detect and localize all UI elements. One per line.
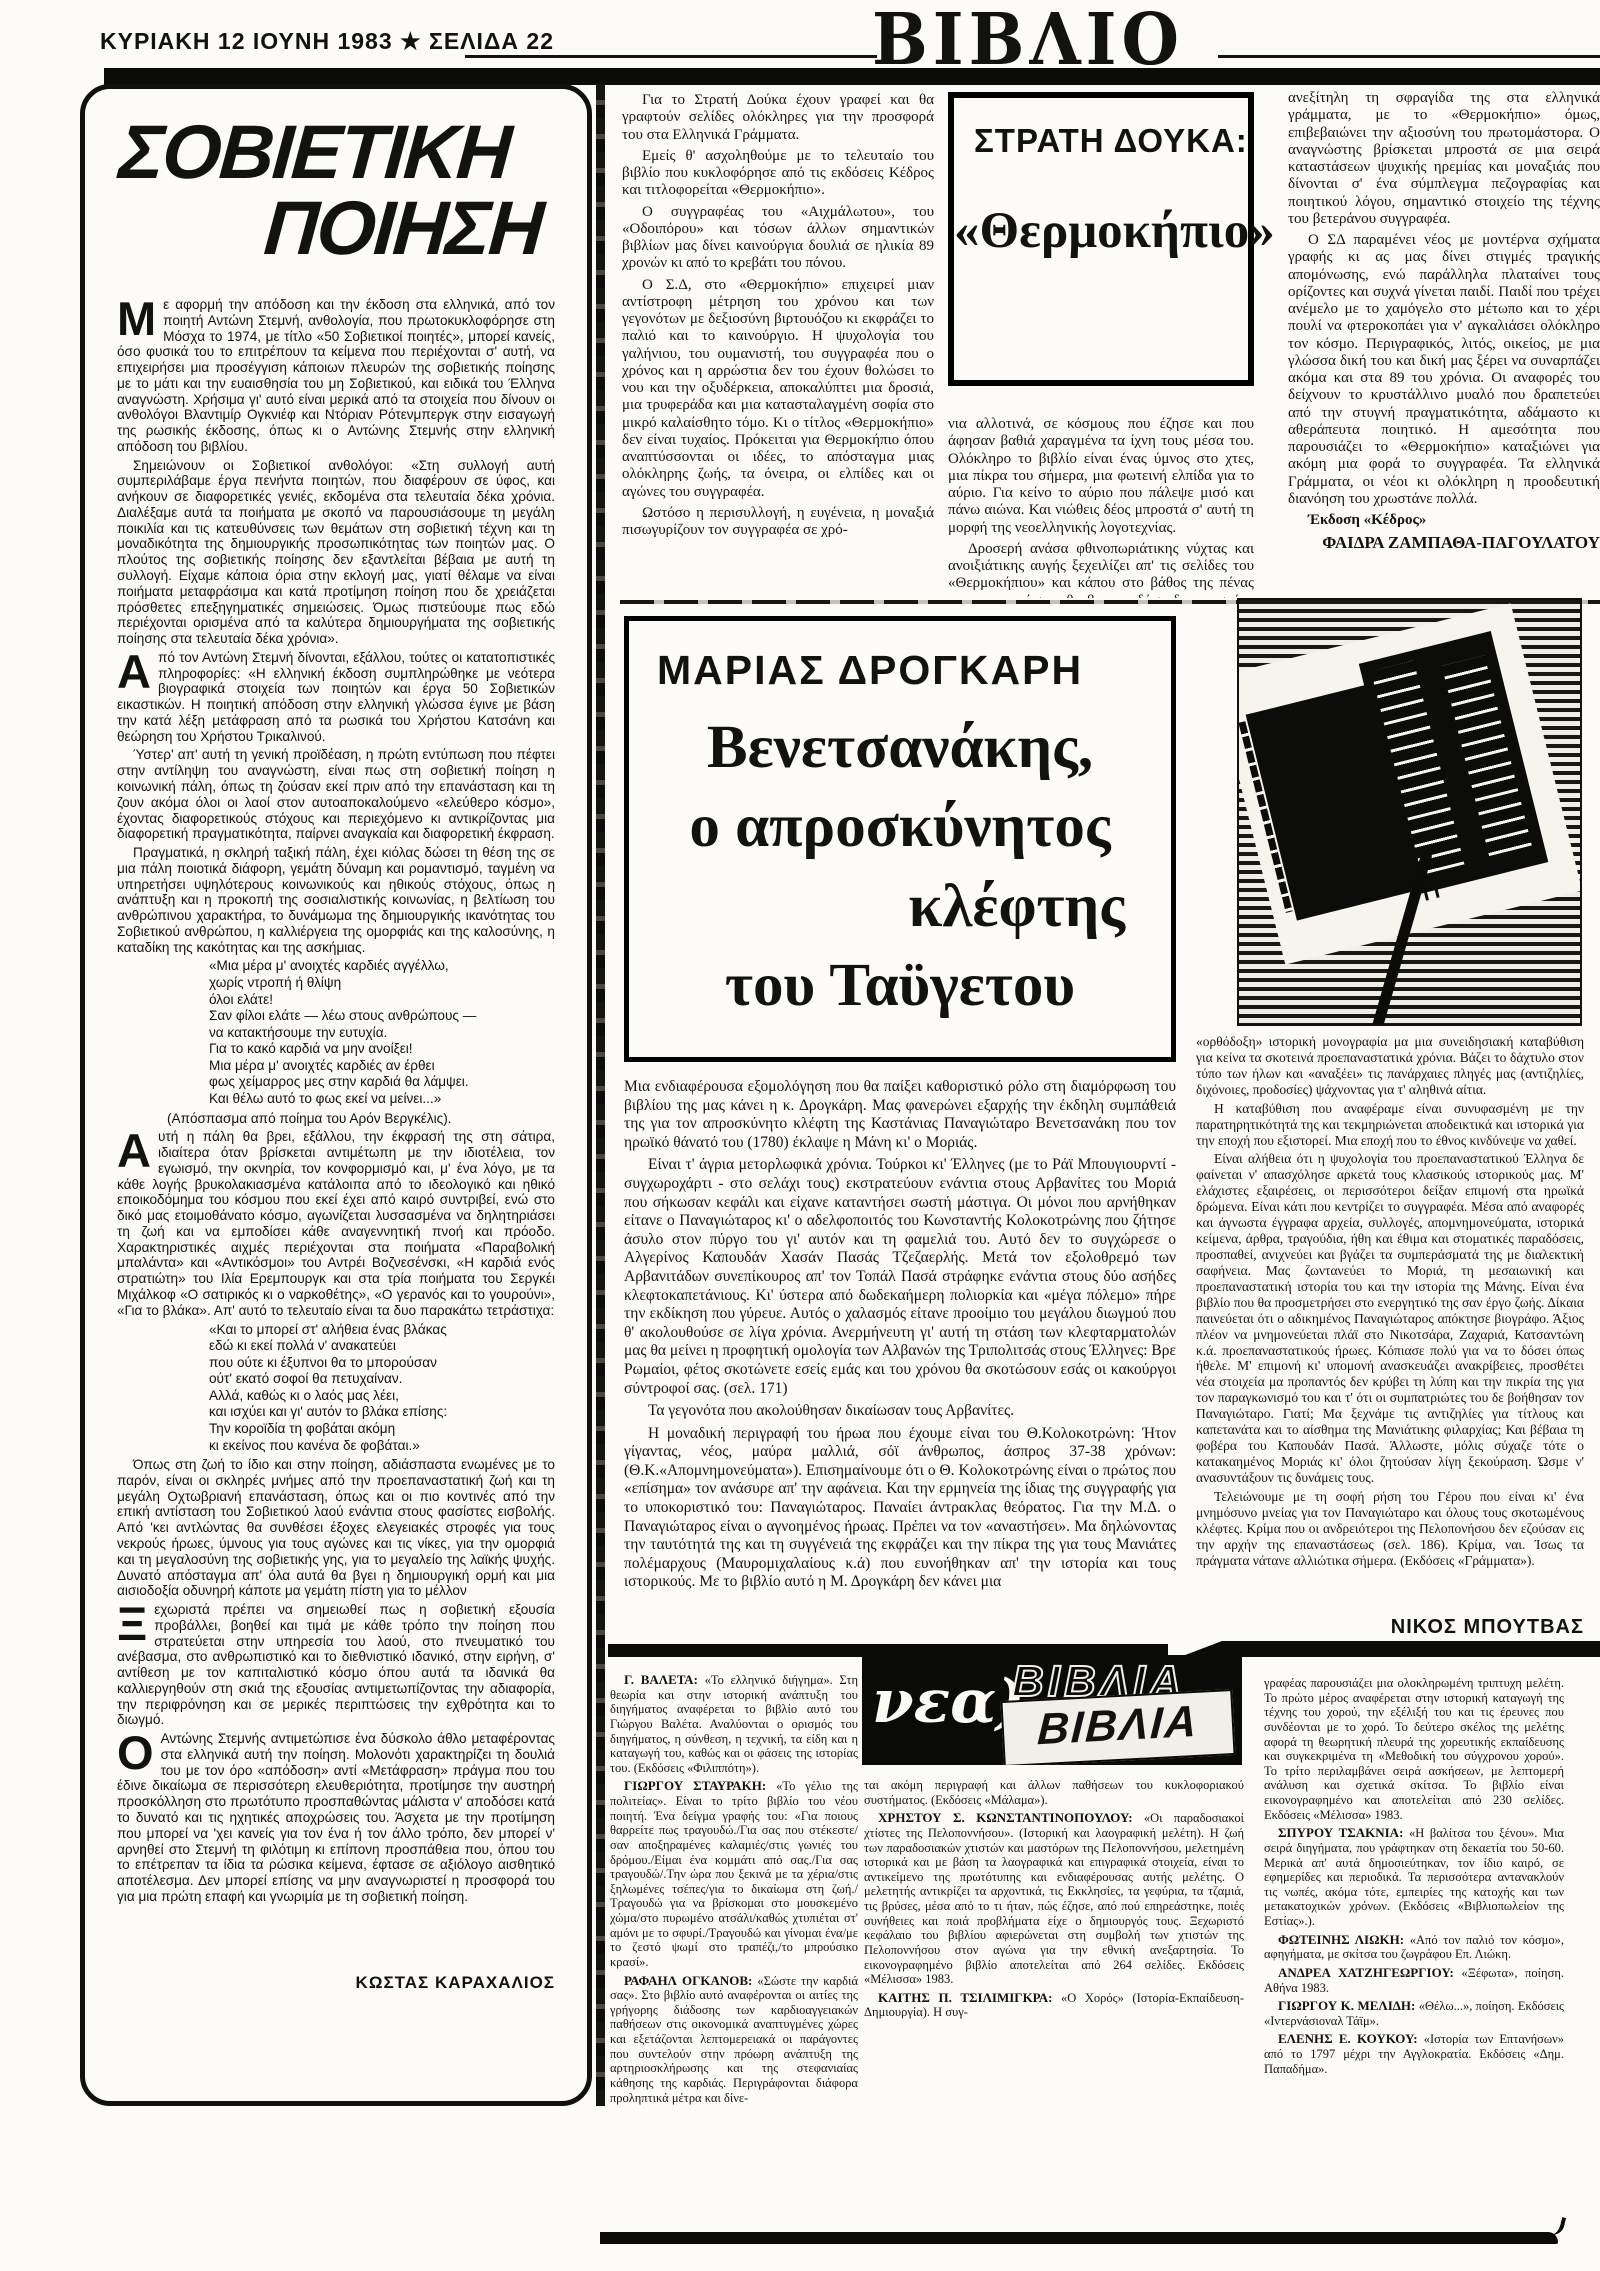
paragraph: Αυτή η πάλη θα βρει, εξάλλου, την έκφρασ… (117, 1129, 555, 1318)
paragraph-text: εχωριστά πρέπει να σημειωθεί πως η σοβιε… (117, 1602, 555, 1727)
paragraph: Με αφορμή την απόδοση και την έκδοση στα… (117, 297, 555, 455)
poem-credit: (Απόσπασμα από ποίημα του Αρόν Βεργκέλις… (117, 1111, 555, 1127)
headline-title: Βενετσανάκης, ο απροσκύνητος κλέφτης του… (629, 708, 1171, 1025)
dropcap: Μ (117, 297, 163, 337)
headline-title: «Θερμοκήπιο» (954, 202, 1248, 260)
headline-kicker: ΜΑΡΙΑΣ ΔΡΟΓΚΑΡΗ (657, 647, 1171, 694)
douka-headline-box: ΣΤΡΑΤΗ ΔΟΥΚΑ: «Θερμοκήπιο» (948, 92, 1254, 386)
bottom-black-rule (600, 2232, 1558, 2244)
book-entry-continuation: ται ακόμη περιγραφή και άλλων παθήσεων τ… (864, 1778, 1244, 1807)
douka-column-3: ανεξίτηλη τη σφραγίδα της στα ελληνικά γ… (1288, 90, 1600, 598)
book-entry: ΓΙΩΡΓΟΥ Κ. ΜΕΛΙΔΗ: «Θέλω...», ποίηση. Εκ… (1264, 1998, 1564, 2028)
vertical-divider (596, 84, 605, 2106)
book-entry: Γ. ΒΑΛΕΤΑ: «Το ελληνικό διήγημα». Στη θε… (610, 1672, 858, 1775)
title-line-4: του Ταϋγετου (629, 946, 1171, 1025)
author-byline: ΦΑΙΔΡΑ ΖΑΜΠΑΘΑ-ΠΑΓΟΥΛΑΤΟΥ (1288, 533, 1600, 553)
paragraph: Δροσερή ανάσα φθινοπωριάτικης νύχτας και… (948, 541, 1254, 598)
logo-plate: ΒΙΒΛΙΑ (1000, 1689, 1235, 1765)
dropcap: Ξ (117, 1602, 154, 1642)
book-author: ΚΑΙΤΗΣ Π. ΤΣΙΛΙΜΙΓΚΡΑ: (878, 1990, 1052, 2005)
author-byline: ΝΙΚΟΣ ΜΠΟΥΤΒΑΣ (1196, 1616, 1584, 1639)
book-entry-text: «Σώστε την καρδιά σας». Στο βιβλίο αυτό … (610, 1974, 858, 2105)
paragraph: Τα γεγονότα που ακολούθησαν δικαίωσαν το… (624, 1402, 1176, 1421)
new-books-column-b: ται ακόμη περιγραφή και άλλων παθήσεων τ… (864, 1778, 1244, 2230)
top-black-bar (104, 68, 1600, 85)
book-entry: ΦΩΤΕΙΝΗΣ ΛΙΩΚΗ: «Από τον παλιό τον κόσμο… (1264, 1932, 1564, 1962)
book-author: ΓΙΩΡΓΟΥ ΣΤΑΥΡΑΚΗ: (624, 1778, 766, 1793)
paragraph: Η μοναδική περιγραφή του ήρωα που έχουμε… (624, 1425, 1176, 1592)
book-photo-illustration (1237, 598, 1582, 1026)
column-text: «ορθόδοξη» ιστορική μονογραφία μα μια συ… (1196, 1034, 1584, 1608)
book-author: ΑΝΔΡΕΑ ΧΑΤΖΗΓΕΩΡΓΙΟΥ: (1278, 1965, 1454, 1980)
book-author: ΕΛΕΝΗΣ Ε. ΚΟΥΚΟΥ: (1278, 2031, 1418, 2046)
paragraph: νια αλλοτινά, σε κόσμους που έζησε και π… (948, 416, 1254, 537)
author-byline: ΚΩΣΤΑΣ ΚΑΡΑΧΑΛΙΟΣ (117, 1973, 555, 1993)
paragraph: Τελειώνουμε με τη σοφή ρήση του Γέρου πο… (1196, 1489, 1584, 1569)
new-books-column-a: Γ. ΒΑΛΕΤΑ: «Το ελληνικό διήγημα». Στη θε… (610, 1672, 858, 2230)
article-title: ΣΟΒΙΕΤΙΚΗ ΠΟΙΗΣΗ (112, 115, 561, 267)
paragraph: Για το Στρατή Δούκα έχουν γραφεί και θα … (622, 92, 934, 144)
paragraph: ΟΑντώνης Στεμνής αντιμετώπισε ένα δύσκολ… (117, 1731, 555, 1904)
poem-quote: «Και το μπορεί στ' αλήθεια ένας βλάκας ε… (209, 1322, 555, 1455)
paragraph: Ύστερ' απ' αυτή τη γενική προϊδέαση, η π… (117, 747, 555, 842)
book-author: ΦΩΤΕΙΝΗΣ ΛΙΩΚΗ: (1278, 1932, 1404, 1947)
paragraph: Είναι αλήθεια ότι η ψυχολογία του προεπα… (1196, 1151, 1584, 1485)
douka-column-1: Για το Στρατή Δούκα έχουν γραφεί και θα … (622, 92, 934, 592)
paragraph-text: ε αφορμή την απόδοση και την έκδοση στα … (117, 297, 555, 454)
title-line-2: ΠΟΙΗΣΗ (262, 191, 555, 267)
paragraph: Είναι τ' άγρια μετορλωφικά χρόνια. Τούρκ… (624, 1156, 1176, 1398)
book-entry: ΡΑΦΑΗΛ ΟΓΚΑΝΟΒ: «Σώστε την καρδιά σας». … (610, 1973, 858, 2106)
paragraph-text: Αντώνης Στεμνής αντιμετώπισε ένα δύσκολο… (117, 1731, 555, 1904)
paragraph: Η καταβύθιση που αναφέραμε είναι συνυφασ… (1196, 1101, 1584, 1149)
book-author: ΓΙΩΡΓΟΥ Κ. ΜΕΛΙΔΗ: (1278, 1998, 1415, 2013)
nea-biblia-logo: νεα) ΒΙΒΛΙΑ ΒΙΒΛΙΑ (862, 1655, 1242, 1765)
date-page-line: ΚΥΡΙΑΚΗ 12 ΙΟΥΝΗ 1983 ★ ΣΕΛΙΔΑ 22 (100, 28, 554, 55)
title-line-1: Βενετσανάκης, (629, 708, 1171, 787)
paragraph: Ο συγγραφέας του «Αιχμάλωτου», του «Οδοι… (622, 204, 934, 273)
article-body: Με αφορμή την απόδοση και την έκδοση στα… (117, 297, 555, 1963)
dropcap: Α (117, 650, 158, 690)
newspaper-page: ΚΥΡΙΑΚΗ 12 ΙΟΥΝΗ 1983 ★ ΣΕΛΙΔΑ 22 ΒΙΒΛΙΟ… (0, 0, 1600, 2271)
drogari-column-2: «ορθόδοξη» ιστορική μονογραφία μα μια συ… (1196, 1034, 1584, 1646)
book-author: ΧΡΗΣΤΟΥ Σ. ΚΩΝΣΤΑΝΤΙΝΟΠΟΥΛΟΥ: (878, 1810, 1133, 1825)
book-entry: ΚΑΙΤΗΣ Π. ΤΣΙΛΙΜΙΓΚΡΑ: «Ο Χορός» (Ιστορί… (864, 1990, 1244, 2020)
book-entry-text: «Το γέλιο της πολιτείας». Είναι το τρίτο… (610, 1779, 858, 1969)
paragraph: Όπως στη ζωή το ίδιο και στην ποίηση, αδ… (117, 1457, 555, 1599)
new-books-column-c: γραφέας παρουσιάζει μια ολοκληρωμένη τρι… (1264, 1676, 1564, 2230)
masthead-rule-left (465, 55, 877, 58)
paragraph-text: πό τον Αντώνη Στεμνή δίνονται, εξάλλου, … (117, 650, 555, 744)
poem-quote: «Μια μέρα μ' ανοιχτές καρδιές αγγέλλω, χ… (209, 958, 555, 1107)
title-line-2: ο απροσκύνητος (629, 787, 1171, 866)
douka-column-2: νια αλλοτινά, σε κόσμους που έζησε και π… (948, 416, 1254, 598)
book-entry-continuation: γραφέας παρουσιάζει μια ολοκληρωμένη τρι… (1264, 1676, 1564, 1822)
logo-word: ΒΙΒΛΙΑ (1003, 1695, 1233, 1757)
title-line-1: ΣΟΒΙΕΤΙΚΗ (117, 110, 513, 195)
book-entry: ΓΙΩΡΓΟΥ ΣΤΑΥΡΑΚΗ: «Το γέλιο της πολιτεία… (610, 1778, 858, 1969)
paragraph: Εμείς θ' ασχοληθούμε με το τελευταίο του… (622, 148, 934, 200)
book-entry: ΕΛΕΝΗΣ Ε. ΚΟΥΚΟΥ: «Ιστορία των Επτανήσων… (1264, 2031, 1564, 2076)
paragraph: Σημειώνουν οι Σοβιετικοί ανθολόγοι: «Στη… (117, 458, 555, 647)
book-entry: ΧΡΗΣΤΟΥ Σ. ΚΩΝΣΤΑΝΤΙΝΟΠΟΥΛΟΥ: «Οι παραδο… (864, 1810, 1244, 1987)
headline-kicker: ΣΤΡΑΤΗ ΔΟΥΚΑ: (974, 122, 1248, 160)
drogari-column-1: Μια ενδιαφέρουσα εξομολόγηση που θα παίξ… (624, 1078, 1176, 1644)
drogari-headline-box: ΜΑΡΙΑΣ ΔΡΟΓΚΑΡΗ Βενετσανάκης, ο απροσκύν… (624, 616, 1176, 1062)
book-author: ΡΑΦΑΗΛ ΟΓΚΑΝΟΒ: (624, 1973, 752, 1988)
paragraph: Ξεχωριστά πρέπει να σημειωθεί πως η σοβι… (117, 1602, 555, 1728)
book-author: ΣΠΥΡΟΥ ΤΣΑΚΝΙΑ: (1278, 1825, 1403, 1840)
paragraph: Ο ΣΔ παραμένει νέος με μοντέρνα σχήματα … (1288, 232, 1600, 508)
dropcap: Α (117, 1129, 158, 1169)
paragraph: ανεξίτηλη τη σφραγίδα της στα ελληνικά γ… (1288, 90, 1600, 228)
book-entry-text: «Οι παραδοσιακοί χτίστες της Πελοποννήσο… (864, 1811, 1244, 1986)
dropcap: Ο (117, 1731, 161, 1771)
paragraph-text: υτή η πάλη θα βρει, εξάλλου, την έκφρασή… (117, 1129, 555, 1317)
edition-note: Έκδοση «Κέδρος» (1288, 512, 1600, 529)
book-entry-text: «Η βαλίτσα του ξένου». Μια σειρά διηγήμα… (1264, 1826, 1564, 1928)
paragraph: Ο Σ.Δ, στο «Θερμοκήπιο» επιχειρεί μιαν α… (622, 277, 934, 501)
title-line-3: κλέφτης (629, 867, 1171, 946)
middle-black-bar-right (1180, 1641, 1600, 1657)
paragraph: Μια ενδιαφέρουσα εξομολόγηση που θα παίξ… (624, 1078, 1176, 1152)
masthead-rule-right (1218, 55, 1600, 58)
paragraph: Πραγματικά, η σκληρή ταξική πάλη, έχει κ… (117, 845, 555, 955)
paragraph: «ορθόδοξη» ιστορική μονογραφία μα μια συ… (1196, 1034, 1584, 1098)
book-entry: ΑΝΔΡΕΑ ΧΑΤΖΗΓΕΩΡΓΙΟΥ: «Ξέφωτα», ποίηση. … (1264, 1965, 1564, 1995)
paragraph: Από τον Αντώνη Στεμνή δίνονται, εξάλλου,… (117, 650, 555, 745)
book-author: Γ. ΒΑΛΕΤΑ: (624, 1672, 698, 1687)
book-entry-text: «Το ελληνικό διήγημα». Στη θεωρία και στ… (610, 1673, 858, 1775)
article-soviet-poetry: ΣΟΒΙΕΤΙΚΗ ΠΟΙΗΣΗ Με αφορμή την απόδοση κ… (80, 84, 592, 2106)
book-entry: ΣΠΥΡΟΥ ΤΣΑΚΝΙΑ: «Η βαλίτσα του ξένου». Μ… (1264, 1825, 1564, 1928)
paragraph: Ωστόσο η περισυλλογή, η ευγένεια, η μονα… (622, 505, 934, 540)
